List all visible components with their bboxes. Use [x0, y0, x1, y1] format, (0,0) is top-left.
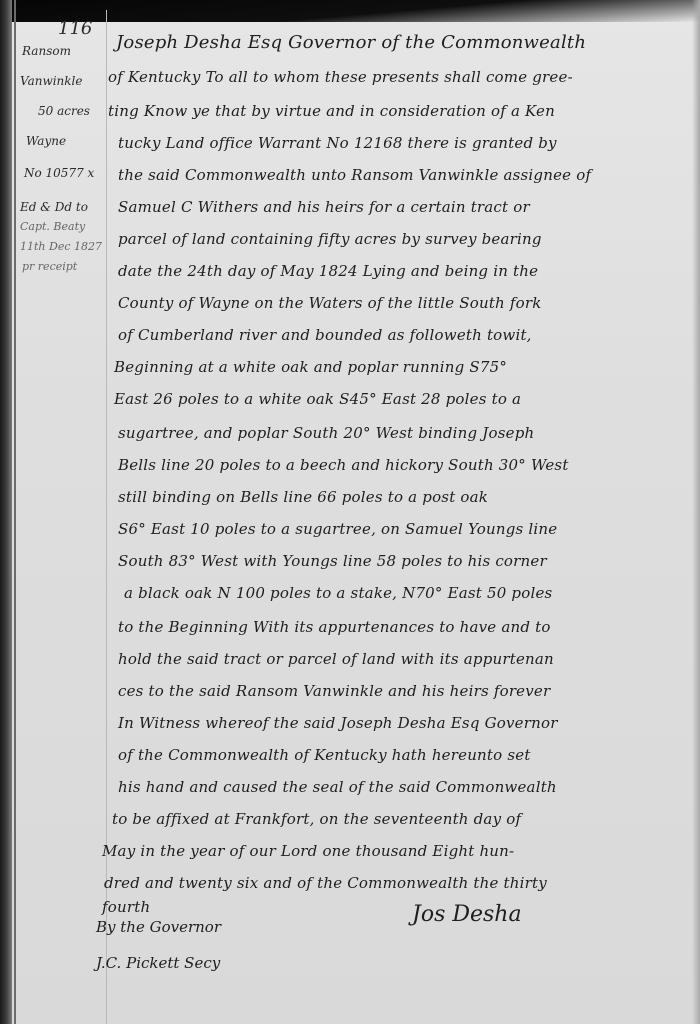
scan-top-shadow [0, 0, 700, 22]
body-line: ting Know ye that by virtue and in consi… [108, 102, 555, 120]
margin-note: Ed & Dd to [20, 200, 88, 214]
body-line: Samuel C Withers and his heirs for a cer… [118, 198, 530, 216]
body-line: In Witness whereof the said Joseph Desha… [118, 714, 558, 732]
body-line: of Kentucky To all to whom these present… [108, 68, 573, 86]
book-binding-edge [0, 0, 12, 1024]
governor-signature: Jos Desha [412, 902, 522, 927]
body-line: of the Commonwealth of Kentucky hath her… [118, 746, 531, 764]
body-line: ces to the said Ransom Vanwinkle and his… [118, 682, 550, 700]
body-line: South 83° West with Youngs line 58 poles… [118, 552, 547, 570]
body-line: Beginning at a white oak and poplar runn… [114, 358, 507, 376]
margin-note: 50 acres [38, 104, 90, 118]
body-line: of Cumberland river and bounded as follo… [118, 326, 532, 344]
body-line: Joseph Desha Esq Governor of the Commonw… [116, 32, 586, 53]
body-line: hold the said tract or parcel of land wi… [118, 650, 554, 668]
body-line: his hand and caused the seal of the said… [118, 778, 557, 796]
body-line: tucky Land office Warrant No 12168 there… [118, 134, 557, 152]
attestation-by-line: By the Governor [96, 918, 221, 936]
margin-note: Wayne [26, 134, 66, 148]
body-line: date the 24th day of May 1824 Lying and … [118, 262, 538, 280]
body-line: the said Commonwealth unto Ransom Vanwin… [118, 166, 591, 184]
margin-rule [106, 10, 107, 1024]
margin-note: 11th Dec 1827 [20, 240, 102, 253]
body-line: S6° East 10 poles to a sugartree, on Sam… [118, 520, 557, 538]
body-line: still binding on Bells line 66 poles to … [118, 488, 488, 506]
body-line: East 26 poles to a white oak S45° East 2… [114, 390, 521, 408]
margin-note: Vanwinkle [20, 74, 83, 88]
margin-note: Capt. Beaty [20, 220, 85, 233]
body-line: to be affixed at Frankfort, on the seven… [112, 810, 521, 828]
margin-note: No 10577 x [24, 166, 94, 180]
binding-rule [14, 0, 16, 1024]
page-number: 116 [58, 18, 92, 39]
margin-note: Ransom [22, 44, 71, 58]
body-line: sugartree, and poplar South 20° West bin… [118, 424, 534, 442]
body-line: to the Beginning With its appurtenances … [118, 618, 551, 636]
body-line: May in the year of our Lord one thousand… [102, 842, 514, 860]
body-line: fourth [102, 898, 150, 916]
body-line: Bells line 20 poles to a beech and hicko… [118, 456, 569, 474]
body-line: parcel of land containing fifty acres by… [118, 230, 542, 248]
body-line: dred and twenty six and of the Commonwea… [104, 874, 547, 892]
secretary-signature: J.C. Pickett Secy [96, 954, 220, 972]
page-right-edge [692, 0, 700, 1024]
margin-note: pr receipt [22, 260, 77, 273]
body-line: a black oak N 100 poles to a stake, N70°… [124, 584, 552, 602]
body-line: County of Wayne on the Waters of the lit… [118, 294, 542, 312]
document-page: 116 Ransom Vanwinkle 50 acres Wayne No 1… [0, 0, 700, 1024]
